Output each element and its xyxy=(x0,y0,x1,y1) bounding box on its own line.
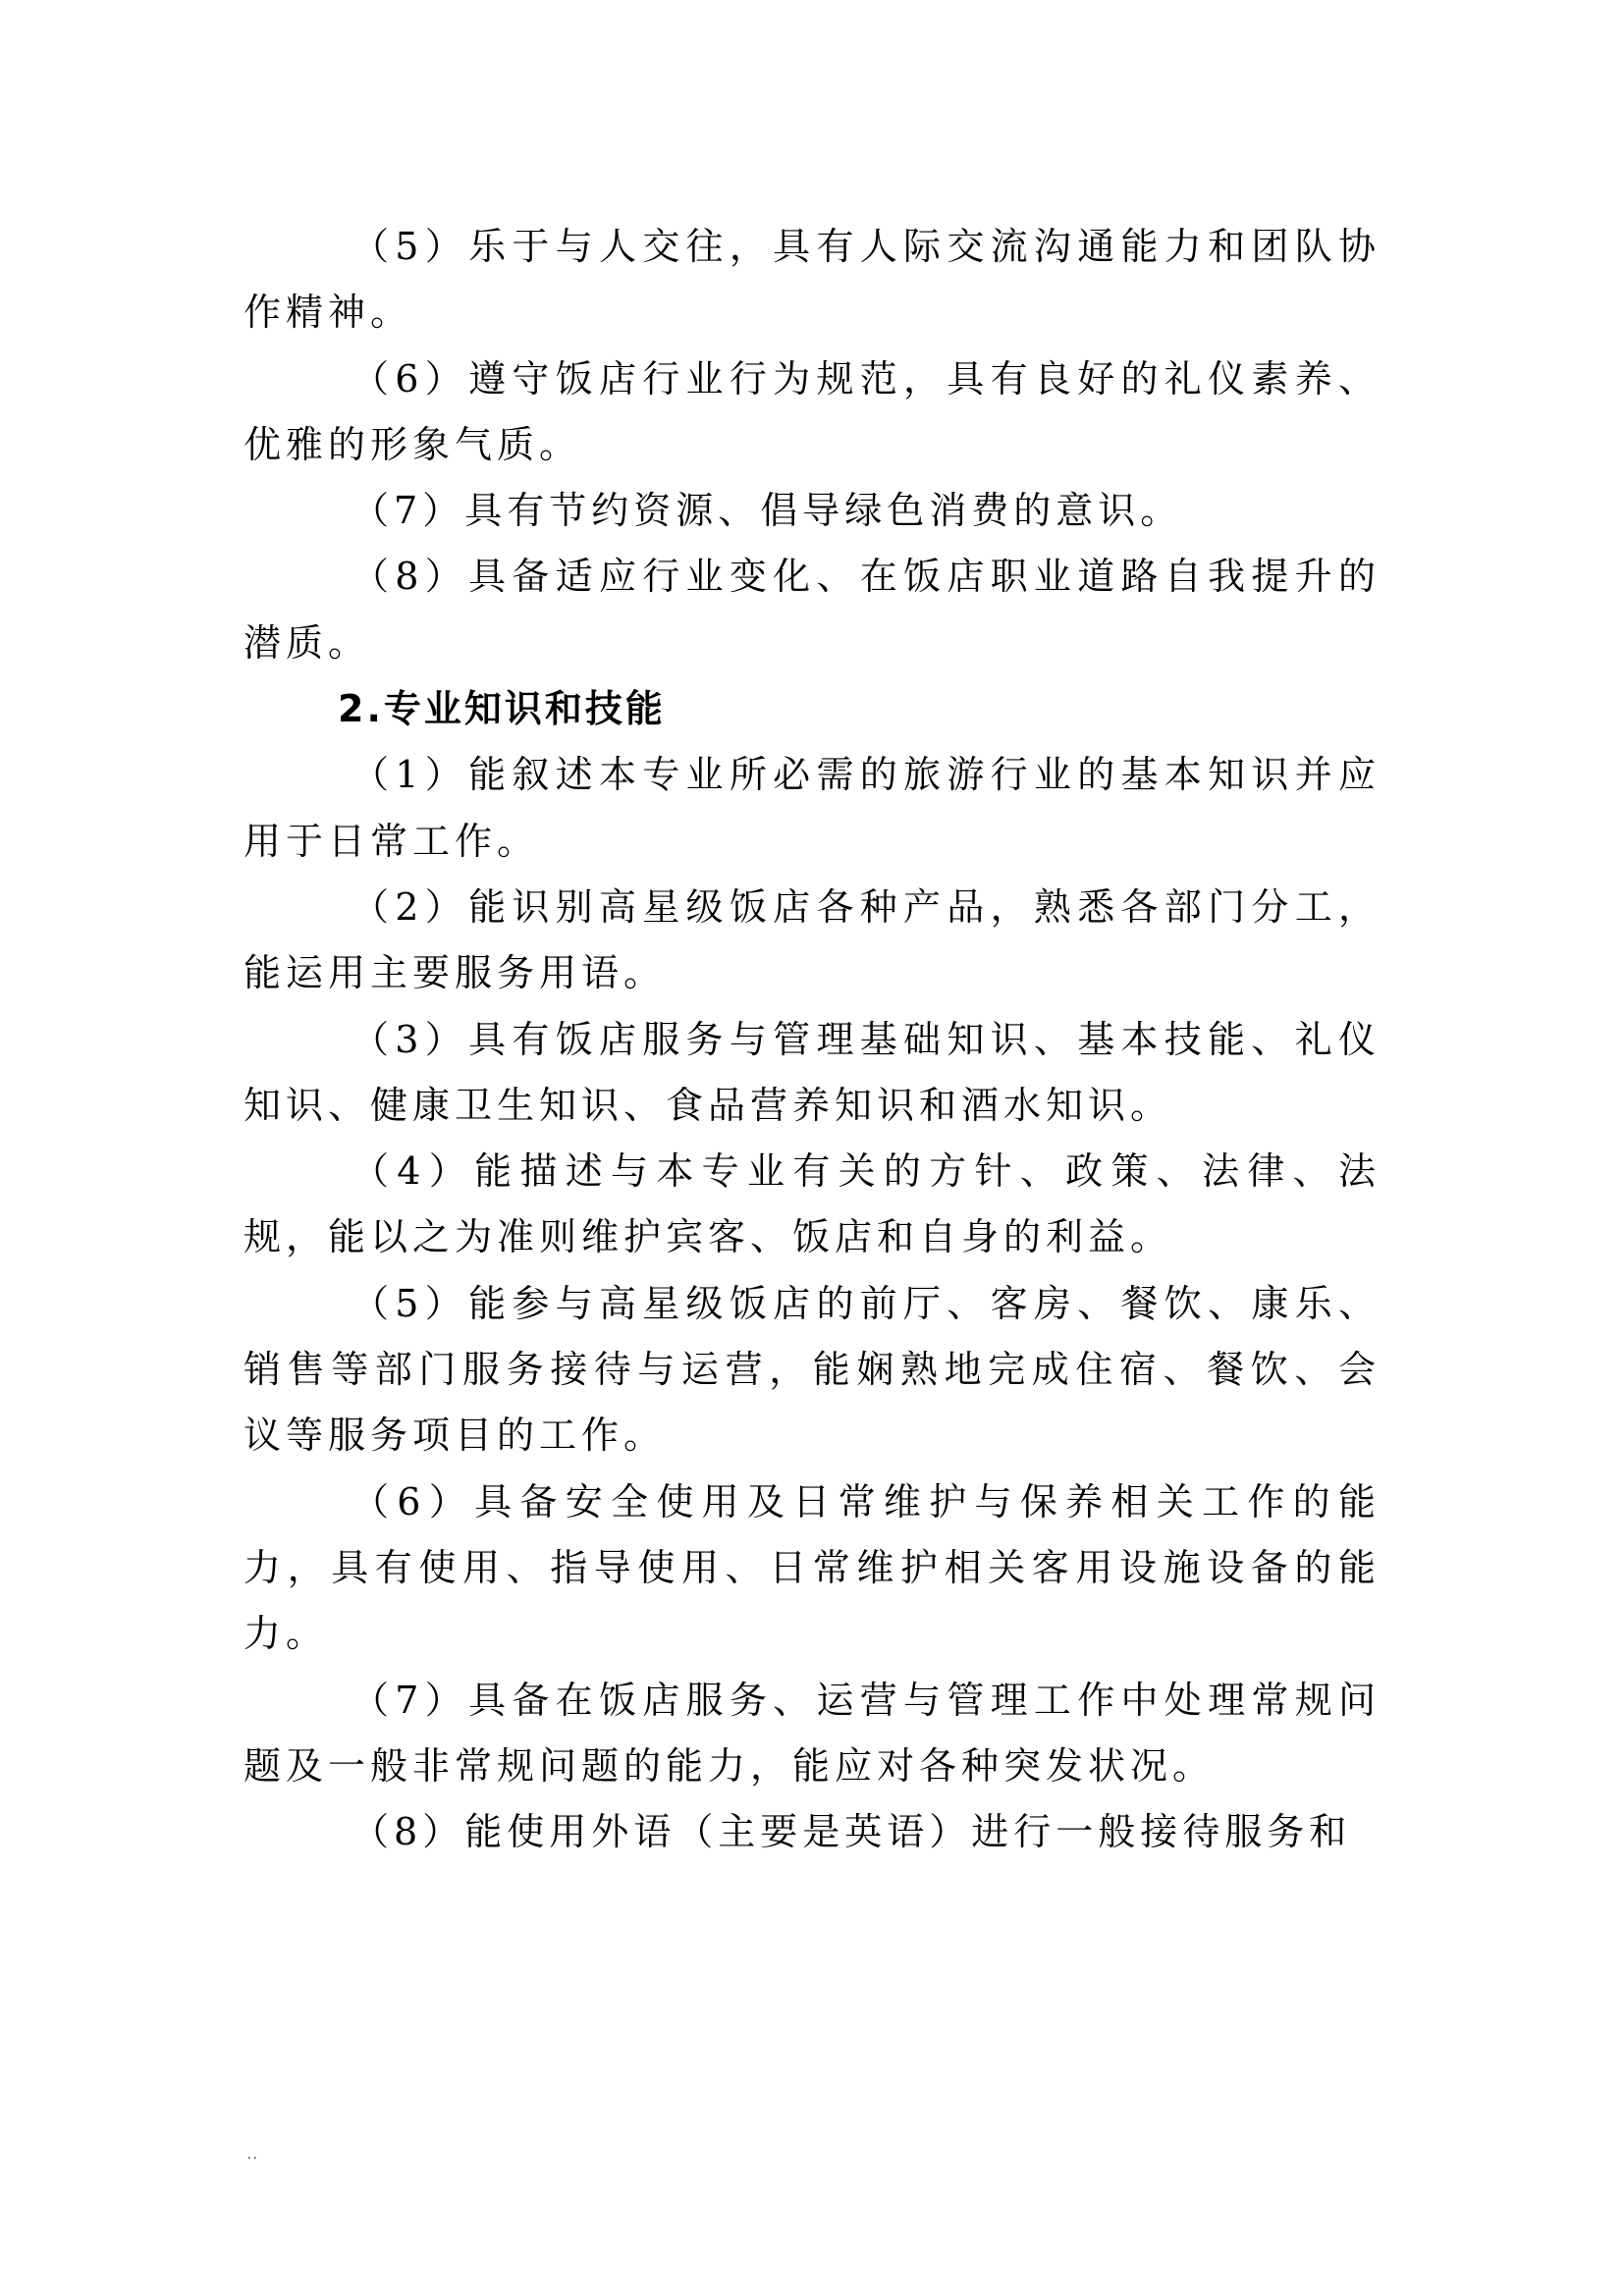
item-number: （7） xyxy=(352,1679,468,1722)
list-item: （5）能参与高星级饭店的前厅、客房、餐饮、康乐、销售等部门服务接待与运营，能娴熟… xyxy=(244,1271,1380,1469)
document-body: （5）乐于与人交往，具有人际交流沟通能力和团队协作精神。 （6）遵守饭店行业行为… xyxy=(244,214,1380,1865)
list-item: （6）具备安全使用及日常维护与保养相关工作的能力，具有使用、指导使用、日常维护相… xyxy=(244,1469,1380,1668)
item-number: （6） xyxy=(352,357,468,400)
list-item: （4）能描述与本专业有关的方针、政策、法律、法规，能以之为准则维护宾客、饭店和自… xyxy=(244,1139,1380,1271)
item-number: （8） xyxy=(352,1810,464,1853)
list-item: （1）能叙述本专业所必需的旅游行业的基本知识并应用于日常工作。 xyxy=(244,742,1380,875)
item-number: （6） xyxy=(352,1480,474,1523)
list-item: （7）具有节约资源、倡导绿色消费的意识。 xyxy=(244,478,1380,544)
list-item: （7）具备在饭店服务、运营与管理工作中处理常规问题及一般非常规问题的能力，能应对… xyxy=(244,1668,1380,1800)
item-number: （8） xyxy=(352,555,468,598)
list-item: （8）能使用外语（主要是英语）进行一般接待服务和 xyxy=(244,1799,1380,1865)
item-number: （4） xyxy=(352,1149,474,1193)
list-item: （6）遵守饭店行业行为规范，具有良好的礼仪素养、优雅的形象气质。 xyxy=(244,347,1380,479)
item-number: （2） xyxy=(352,885,468,929)
item-text: 能使用外语（主要是英语）进行一般接待服务和 xyxy=(464,1810,1351,1853)
item-number: （7） xyxy=(352,489,464,532)
item-number: （1） xyxy=(352,753,468,796)
item-number: （5） xyxy=(352,1282,468,1325)
item-text: 具有节约资源、倡导绿色消费的意识。 xyxy=(464,489,1182,532)
section-heading: 2.专业知识和技能 xyxy=(244,676,1380,742)
list-item: （5）乐于与人交往，具有人际交流沟通能力和团队协作精神。 xyxy=(244,214,1380,347)
footer-mark: .. xyxy=(247,2148,259,2162)
item-number: （3） xyxy=(352,1018,468,1061)
list-item: （8）具备适应行业变化、在饭店职业道路自我提升的潜质。 xyxy=(244,544,1380,676)
document-page: （5）乐于与人交往，具有人际交流沟通能力和团队协作精神。 （6）遵守饭店行业行为… xyxy=(0,0,1624,2296)
list-item: （2）能识别高星级饭店各种产品，熟悉各部门分工，能运用主要服务用语。 xyxy=(244,875,1380,1007)
item-number: （5） xyxy=(352,225,468,268)
list-item: （3）具有饭店服务与管理基础知识、基本技能、礼仪知识、健康卫生知识、食品营养知识… xyxy=(244,1007,1380,1140)
